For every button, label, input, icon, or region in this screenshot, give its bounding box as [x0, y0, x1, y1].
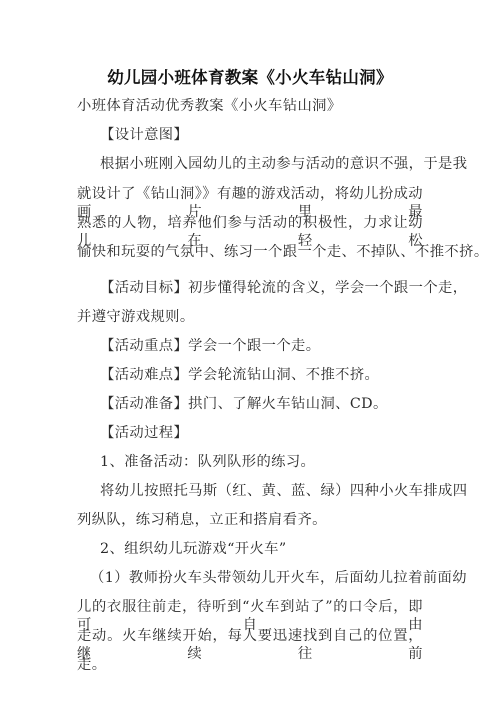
activity-key-point: 【活动重点】学会一个跟一个走。	[100, 337, 446, 355]
paragraph-line: 将幼儿按照托马斯（红、黄、蓝、绿）四种小火车排成四	[100, 482, 446, 500]
document-page: 幼儿园小班体育教案《小火车钻山洞》 小班体育活动优秀教案《小火车钻山洞》 【设计…	[0, 0, 500, 708]
document-title: 幼儿园小班体育教案《小火车钻山洞》	[0, 64, 500, 88]
step-1-title: 1、准备活动：队列队形的练习。	[100, 453, 446, 471]
activity-goal-cont: 并遵守游戏规则。	[77, 308, 423, 326]
activity-goal: 【活动目标】初步懂得轮流的含义，学会一个跟一个走，	[100, 279, 446, 297]
document-subtitle: 小班体育活动优秀教案《小火车钻山洞》	[77, 97, 423, 115]
paragraph-line: 列纵队，练习稍息，立正和搭肩看齐。	[77, 511, 423, 529]
heading-activity-process: 【活动过程】	[100, 424, 446, 442]
paragraph-line: 愉快和玩耍的气氛中、练习一个跟一个走、不掉队、不推不挤。	[77, 243, 423, 261]
activity-preparation: 【活动准备】拱门、了解火车钻山洞、CD。	[100, 395, 446, 413]
paragraph-line: （1）教师扮火车头带领幼儿开火车，后面幼儿拉着前面幼	[90, 569, 436, 587]
paragraph-line: 走。	[77, 656, 423, 674]
paragraph-line: 根据小班刚入园幼儿的主动参与活动的意识不强，于是我	[100, 155, 446, 173]
activity-difficulty: 【活动难点】学会轮流钻山洞、不推不挤。	[100, 366, 446, 384]
heading-design-intent: 【设计意图】	[100, 126, 446, 144]
step-2-title: 2、组织幼儿玩游戏“开火车”	[100, 540, 446, 558]
